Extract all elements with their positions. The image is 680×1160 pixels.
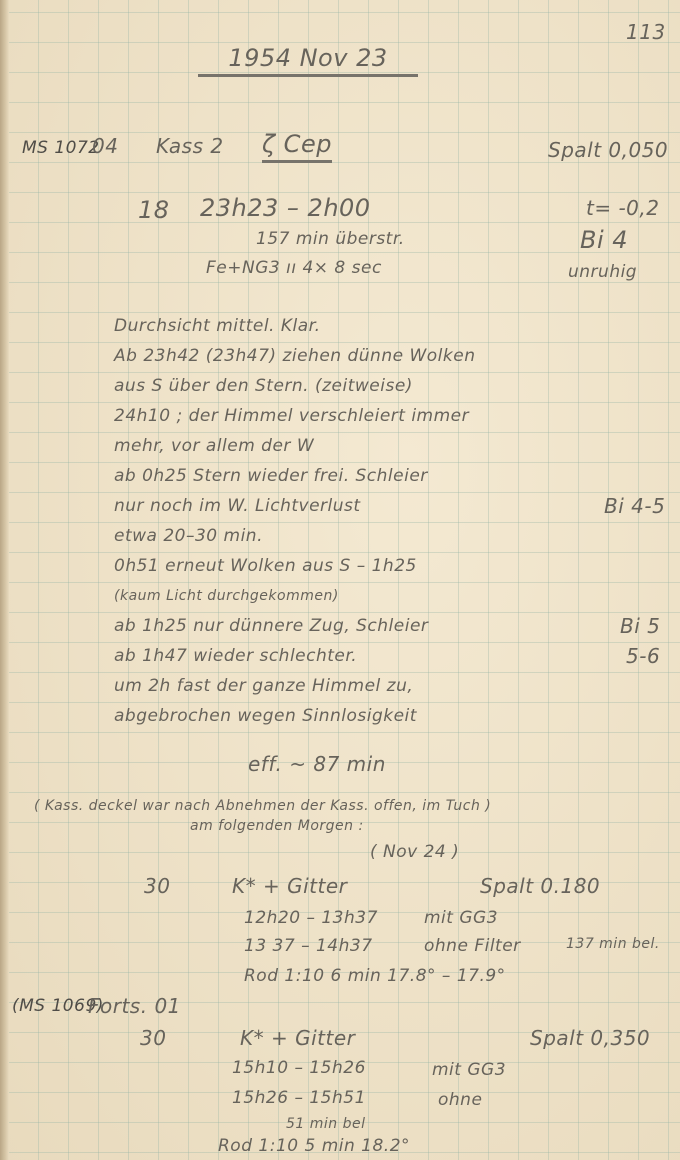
filter-setting: mit GG3	[424, 908, 498, 928]
cassette-note: ( Kass. deckel war nach Abnehmen der Kas…	[34, 798, 491, 814]
next-morning-label: am folgenden Morgen :	[190, 818, 364, 834]
note-line: abgebrochen wegen Sinnlosigkeit	[114, 706, 417, 726]
plate-number: Forts. 01	[88, 994, 181, 1018]
time-range: 15h26 – 15h51	[232, 1088, 366, 1108]
seeing-value: Bi 4	[580, 226, 628, 254]
filter-setting: ohne	[438, 1090, 482, 1110]
note-line: mehr, vor allem der W	[114, 436, 314, 456]
object-name: K* + Gitter	[240, 1026, 355, 1050]
note-line: (kaum Licht durchgekommen)	[114, 588, 339, 604]
next-date: ( Nov 24 )	[370, 842, 459, 862]
slit-width: Spalt 0,350	[530, 1026, 650, 1050]
slit-width: Spalt 0,050	[548, 138, 668, 162]
note-line: ab 0h25 Stern wieder frei. Schleier	[114, 466, 428, 486]
object-name: K* + Gitter	[232, 874, 347, 898]
filter-setting: ohne Filter	[424, 936, 521, 956]
note-line: 0h51 erneut Wolken aus S – 1h25	[114, 556, 417, 576]
plate-number: 04	[92, 134, 118, 158]
filter-setting: Fe+NG3 ıı 4× 8 sec	[206, 258, 382, 278]
slit-width: Spalt 0.180	[480, 874, 600, 898]
page-number: 113	[626, 20, 666, 44]
note-line: ab 1h25 nur dünnere Zug, Schleier	[114, 616, 428, 636]
time-range: 13 37 – 14h37	[244, 936, 373, 956]
seeing-note: unruhig	[568, 262, 637, 282]
note-line: ab 1h47 wieder schlechter.	[114, 646, 357, 666]
exposure-time-range: 23h23 – 2h00	[200, 194, 371, 222]
total-exposure: 51 min bel	[286, 1116, 366, 1132]
object-name: ζ Cep	[262, 130, 332, 163]
date-heading: 1954 Nov 23	[198, 44, 418, 77]
temperature: t= -0,2	[586, 196, 659, 220]
seeing-update: Bi 4-5	[604, 494, 665, 518]
note-line: Durchsicht mittel. Klar.	[114, 316, 320, 336]
exposure-number: 30	[140, 1026, 166, 1050]
exposure-number: 18	[138, 196, 170, 224]
development-info: Rod 1:10 5 min 18.2°	[218, 1136, 410, 1156]
note-line: nur noch im W. Lichtverlust	[114, 496, 361, 516]
filter-setting: mit GG3	[432, 1060, 506, 1080]
seeing-update: Bi 5	[620, 614, 660, 638]
effective-exposure: eff. ~ 87 min	[248, 752, 386, 776]
time-range: 12h20 – 13h37	[244, 908, 378, 928]
seeing-update: 5-6	[626, 644, 660, 668]
development-info: Rod 1:10 6 min 17.8° – 17.9°	[244, 966, 506, 986]
notebook-binding	[0, 0, 9, 1160]
note-line: 24h10 ; der Himmel verschleiert immer	[114, 406, 469, 426]
cassette: Kass 2	[156, 134, 224, 158]
exposure-duration: 157 min überstr.	[256, 229, 405, 249]
total-exposure: 137 min bel.	[566, 936, 660, 952]
time-range: 15h10 – 15h26	[232, 1058, 366, 1078]
note-line: aus S über den Stern. (zeitweise)	[114, 376, 413, 396]
note-line: um 2h fast der ganze Himmel zu,	[114, 676, 413, 696]
plate-id: MS 1072	[22, 138, 100, 158]
note-line: etwa 20–30 min.	[114, 526, 263, 546]
exposure-number: 30	[144, 874, 170, 898]
note-line: Ab 23h42 (23h47) ziehen dünne Wolken	[114, 346, 475, 366]
